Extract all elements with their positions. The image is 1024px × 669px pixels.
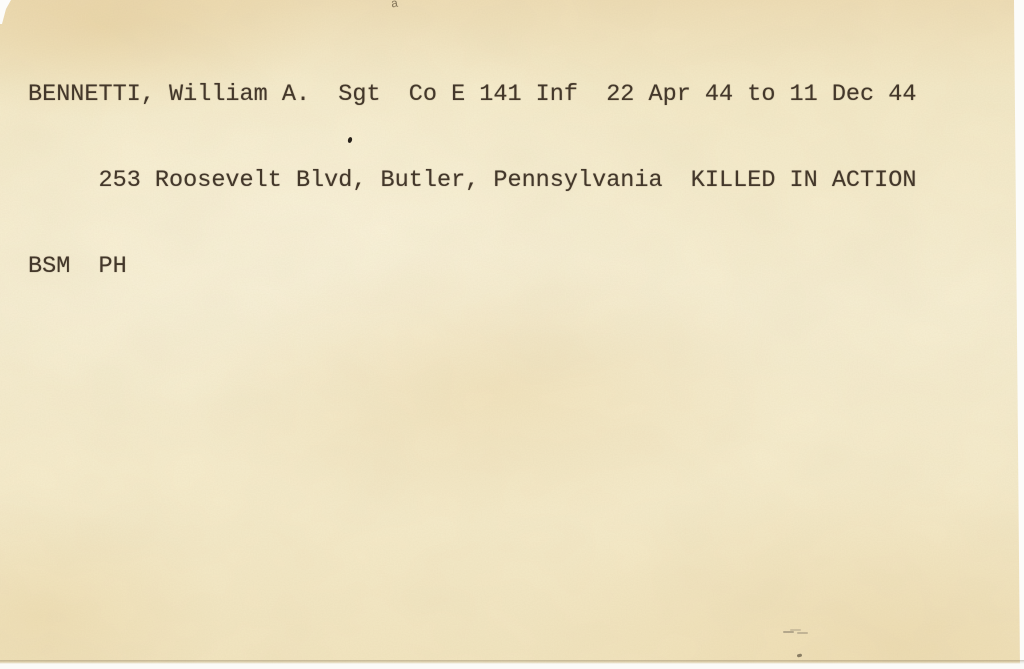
pencil-smudge: [783, 631, 794, 633]
index-card: BENNETTI, William A. Sgt Co E 141 Inf 22…: [0, 0, 1024, 669]
record-line-decorations: BSM PH: [28, 253, 916, 282]
scan-margin-bottom: [0, 660, 1024, 669]
record-line-address-status: 253 Roosevelt Blvd, Butler, Pennsylvania…: [28, 167, 916, 196]
stray-type-mark: a: [390, 0, 399, 11]
record-line-name-rank-unit-dates: BENNETTI, William A. Sgt Co E 141 Inf 22…: [28, 81, 916, 110]
ink-speck-bottom: [797, 653, 803, 657]
scan-background: { "card": { "lines": [ "BENNETTI, Willia…: [0, 0, 1024, 669]
typed-text-block: BENNETTI, William A. Sgt Co E 141 Inf 22…: [28, 23, 916, 340]
